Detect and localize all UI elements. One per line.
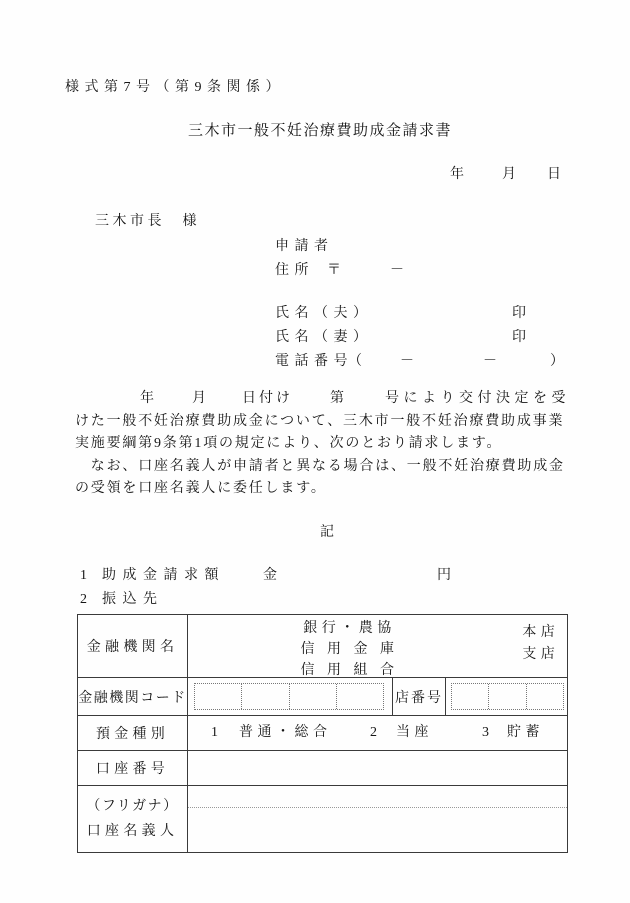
husband-seal-mark: 印 xyxy=(512,306,526,322)
phone-paren-close: ） xyxy=(550,354,564,370)
body-line-5: の受領を口座名義人に委任します。 xyxy=(75,481,327,497)
postal-dash: － xyxy=(390,263,404,279)
document-page: 様式第7号（第9条関係） 三木市一般不妊治療費助成金請求書 年 月 日 三木市長… xyxy=(0,0,630,903)
body-year-label: 年 xyxy=(140,391,154,407)
branch-number-digit-cell xyxy=(526,684,563,709)
form-number-label: 様式第7号（第9条関係） xyxy=(65,80,285,96)
phone-paren-open: （ xyxy=(348,354,362,370)
bank-code-digit-cell xyxy=(289,684,336,709)
wife-seal-mark: 印 xyxy=(512,330,526,346)
account-number-label: 口座番号 xyxy=(78,751,188,785)
applicant-heading: 申請者 xyxy=(275,239,334,255)
bank-code-cell: 店番号 xyxy=(188,678,567,715)
account-number-row: 口座番号 xyxy=(78,751,567,786)
deposit-option-1-label: 普通・総合 xyxy=(239,725,332,741)
deposit-option-2-label: 当座 xyxy=(396,725,433,741)
branch-number-digit-cell xyxy=(452,684,488,709)
body-line-4: なお、口座名義人が申請者と異なる場合は、一般不妊治療費助成金 xyxy=(75,459,565,475)
body-month-label: 月 xyxy=(192,391,206,407)
phone-label: 電話番号 xyxy=(275,354,353,370)
bank-name-cell: 銀行・農協 信 用 金 庫 信 用 組 合 本店 支店 xyxy=(188,615,567,677)
item1-number: 1 xyxy=(80,568,87,584)
deposit-type-cell: 1 普通・総合 2 当座 3 貯蓄 xyxy=(188,716,567,750)
account-holder-label: 口座名義人 xyxy=(86,819,178,844)
bank-type-options: 銀行・農協 信 用 金 庫 信 用 組 合 xyxy=(188,618,511,681)
body-line-2: けた一般不妊治療費助成金について、三木市一般不妊治療費助成事業 xyxy=(75,414,564,430)
deposit-type-row: 預金種別 1 普通・総合 2 当座 3 貯蓄 xyxy=(78,716,567,751)
phone-dash-1: － xyxy=(400,354,414,370)
wife-name-label: 氏名（妻） xyxy=(275,330,373,346)
deposit-option-3-label: 貯蓄 xyxy=(507,725,544,741)
note-marker: 記 xyxy=(320,525,334,541)
day-label: 日 xyxy=(547,167,561,183)
body-number-prefix: 第 xyxy=(330,391,344,407)
branch-main-label: 本店 xyxy=(522,622,559,644)
bank-code-digit-cell xyxy=(241,684,288,709)
claim-amount-label: 助成金請求額 xyxy=(102,568,225,584)
bank-code-digit-cell xyxy=(336,684,383,709)
furigana-label: （フリガナ） xyxy=(86,794,178,819)
transfer-destination-label: 振込先 xyxy=(102,592,164,608)
body-line-3: 実施要綱第9条第1項の規定により、次のとおり請求します。 xyxy=(75,436,502,452)
body-date-suffix: 日付け xyxy=(242,391,293,407)
bank-code-label: 金融機関コード xyxy=(78,678,188,715)
deposit-option-1-number: 1 xyxy=(211,725,218,741)
document-title: 三木市一般不妊治療費助成金請求書 xyxy=(0,123,630,140)
branch-sub-label: 支店 xyxy=(522,644,559,666)
branch-number-label: 店番号 xyxy=(392,678,446,715)
branch-number-box xyxy=(451,683,564,710)
bank-name-row: 金融機関名 銀行・農協 信 用 金 庫 信 用 組 合 本店 支店 xyxy=(78,615,567,678)
bank-code-digit-cell xyxy=(195,684,241,709)
account-holder-row: （フリガナ） 口座名義人 xyxy=(78,786,567,852)
bank-code-box xyxy=(194,683,384,710)
amount-unit-label: 円 xyxy=(437,568,451,584)
bank-type-option-2: 信 用 金 庫 xyxy=(188,639,511,660)
addressee-line: 三木市長 様 xyxy=(95,214,200,230)
bank-type-option-1: 銀行・農協 xyxy=(188,618,511,639)
branch-options: 本店 支店 xyxy=(522,622,559,666)
branch-number-digit-cell xyxy=(488,684,525,709)
account-holder-cell xyxy=(188,786,567,852)
year-label: 年 xyxy=(450,167,464,183)
body-line-1-rest: 号により交付決定を受 xyxy=(385,391,570,407)
bank-code-row: 金融機関コード 店番号 xyxy=(78,678,567,716)
account-number-cell xyxy=(188,751,567,785)
transfer-table: 金融機関名 銀行・農協 信 用 金 庫 信 用 組 合 本店 支店 金融機関コー… xyxy=(77,614,568,853)
amount-prefix-label: 金 xyxy=(263,568,277,584)
deposit-option-2-number: 2 xyxy=(370,725,377,741)
phone-dash-2: － xyxy=(483,354,497,370)
account-holder-label-cell: （フリガナ） 口座名義人 xyxy=(78,786,188,852)
bank-name-label: 金融機関名 xyxy=(78,615,188,677)
husband-name-label: 氏名（夫） xyxy=(275,306,373,322)
item2-number: 2 xyxy=(80,592,87,608)
furigana-divider-line xyxy=(188,807,567,808)
month-label: 月 xyxy=(502,167,516,183)
postal-mark-icon: 〒 xyxy=(327,263,341,279)
deposit-type-label: 預金種別 xyxy=(78,716,188,750)
deposit-option-3-number: 3 xyxy=(482,725,489,741)
address-label: 住所 xyxy=(275,263,314,279)
